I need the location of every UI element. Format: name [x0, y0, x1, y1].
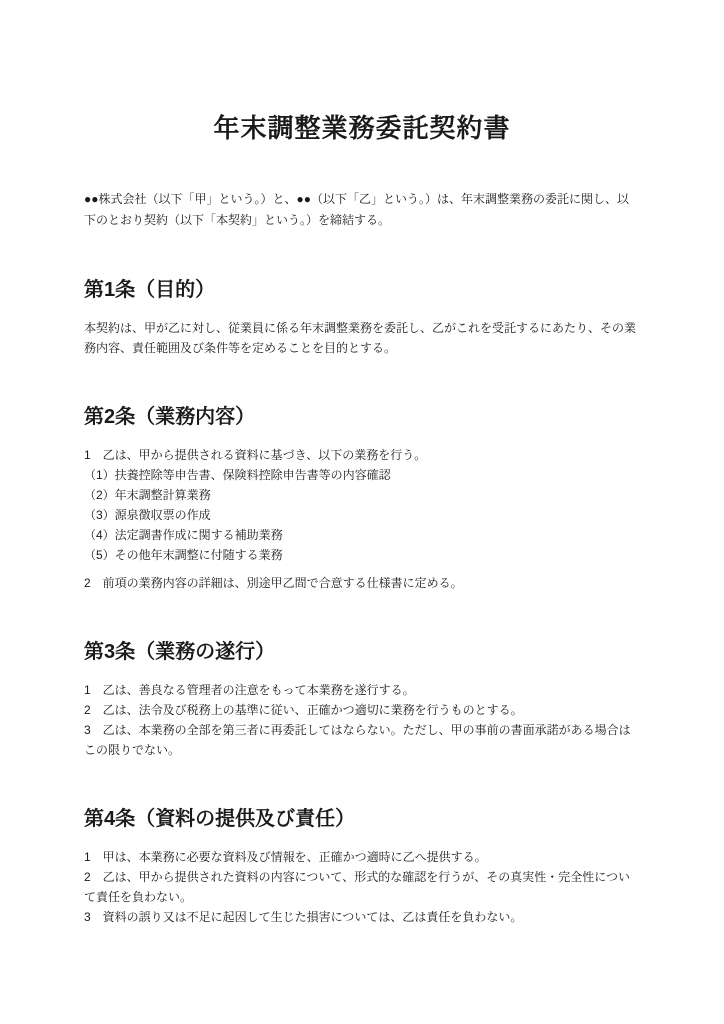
article-2-item-2: （2）年末調整計算業務	[84, 485, 640, 505]
article-1-heading: 第1条（目的）	[84, 277, 640, 303]
document-title: 年末調整業務委託契約書	[84, 112, 640, 145]
article-1-body: 本契約は、甲が乙に対し、従業員に係る年末調整業務を委託し、乙がこれを受託するにあ…	[84, 318, 640, 358]
article-4: 第4条（資料の提供及び責任） 1 甲は、本業務に必要な資料及び情報を、正確かつ適…	[84, 806, 640, 927]
article-2: 第2条（業務内容） 1 乙は、甲から提供される資料に基づき、以下の業務を行う。 …	[84, 404, 640, 593]
article-2-item-5: （5）その他年末調整に付随する業務	[84, 545, 640, 565]
article-2-clause-2: 2 前項の業務内容の詳細は、別途甲乙間で合意する仕様書に定める。	[84, 573, 640, 593]
article-2-heading: 第2条（業務内容）	[84, 404, 640, 430]
article-4-clause-2: 2 乙は、甲から提供された資料の内容について、形式的な確認を行うが、その真実性・…	[84, 867, 640, 907]
article-2-clause-1: 1 乙は、甲から提供される資料に基づき、以下の業務を行う。	[84, 445, 640, 465]
article-3-clause-1: 1 乙は、善良なる管理者の注意をもって本業務を遂行する。	[84, 680, 640, 700]
article-2-item-4: （4）法定調書作成に関する補助業務	[84, 525, 640, 545]
contract-preamble: ●●株式会社（以下「甲」という。）と、●●（以下「乙」という。）は、年末調整業務…	[84, 189, 640, 231]
article-3-clause-2: 2 乙は、法令及び税務上の基準に従い、正確かつ適切に業務を行うものとする。	[84, 700, 640, 720]
article-2-item-3: （3）源泉徴収票の作成	[84, 505, 640, 525]
article-4-clause-3: 3 資料の誤り又は不足に起因して生じた損害については、乙は責任を負わない。	[84, 907, 640, 927]
article-4-clause-1: 1 甲は、本業務に必要な資料及び情報を、正確かつ適時に乙へ提供する。	[84, 847, 640, 867]
article-3-clause-3: 3 乙は、本業務の全部を第三者に再委託してはならない。ただし、甲の事前の書面承諾…	[84, 720, 640, 760]
article-4-heading: 第4条（資料の提供及び責任）	[84, 806, 640, 832]
contract-document-page: 年末調整業務委託契約書 ●●株式会社（以下「甲」という。）と、●●（以下「乙」と…	[0, 0, 724, 1024]
article-2-item-1: （1）扶養控除等申告書、保険料控除申告書等の内容確認	[84, 465, 640, 485]
article-3: 第3条（業務の遂行） 1 乙は、善良なる管理者の注意をもって本業務を遂行する。 …	[84, 639, 640, 760]
article-1: 第1条（目的） 本契約は、甲が乙に対し、従業員に係る年末調整業務を委託し、乙がこ…	[84, 277, 640, 358]
article-3-heading: 第3条（業務の遂行）	[84, 639, 640, 665]
